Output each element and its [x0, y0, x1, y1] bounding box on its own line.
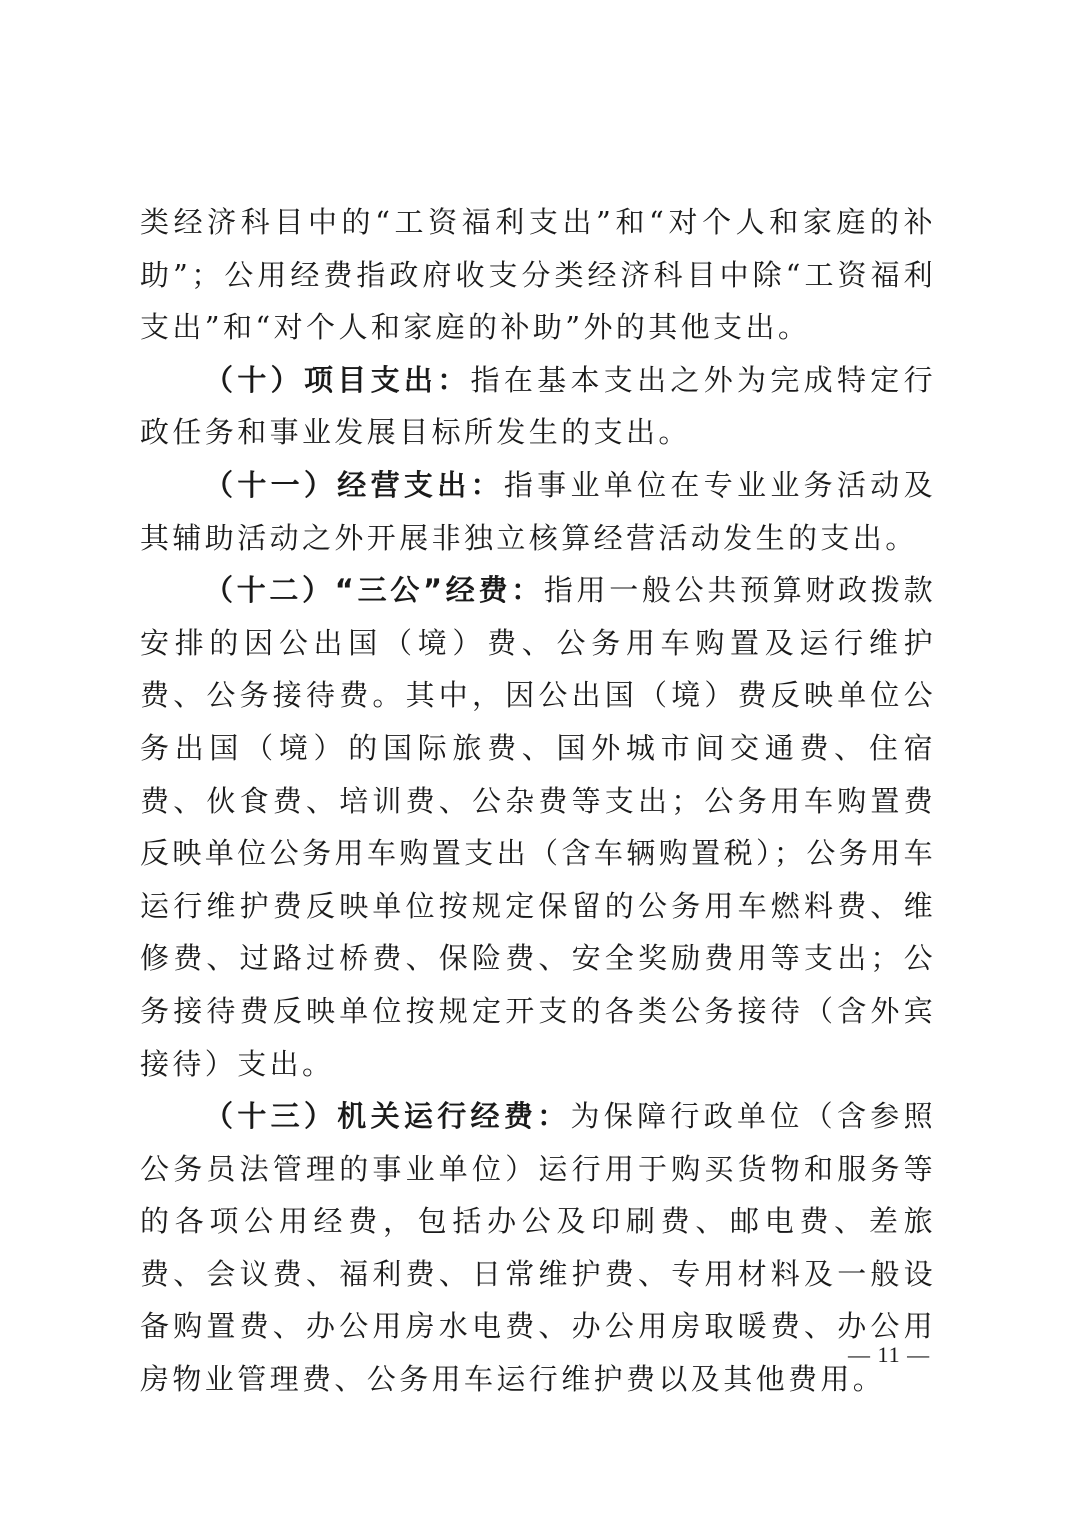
- paragraph-body: 类经济科目中的“工资福利支出”和“对个人和家庭的补助”；公用经费指政府收支分类经…: [140, 205, 936, 344]
- section-heading: （十二）“三公”经费：: [204, 573, 544, 607]
- paragraph-agency-operating-funds: （十三）机关运行经费：为保障行政单位（含参照公务员法管理的事业单位）运行用于购买…: [140, 1090, 936, 1406]
- document-page: 类经济科目中的“工资福利支出”和“对个人和家庭的补助”；公用经费指政府收支分类经…: [140, 196, 936, 1406]
- paragraph-body: 指用一般公共预算财政拨款安排的因公出国（境）费、公务用车购置及运行维护费、公务接…: [140, 573, 936, 1080]
- paragraph-public-expense-definition: 类经济科目中的“工资福利支出”和“对个人和家庭的补助”；公用经费指政府收支分类经…: [140, 196, 936, 354]
- page-number: — 11 —: [848, 1342, 930, 1368]
- paragraph-project-expenditure: （十）项目支出：指在基本支出之外为完成特定行政任务和事业发展目标所发生的支出。: [140, 354, 936, 459]
- paragraph-operating-expenditure: （十一）经营支出：指事业单位在专业业务活动及其辅助活动之外开展非独立核算经营活动…: [140, 459, 936, 564]
- paragraph-body: 为保障行政单位（含参照公务员法管理的事业单位）运行用于购买货物和服务等的各项公用…: [140, 1099, 936, 1396]
- section-heading: （十三）机关运行经费：: [204, 1099, 570, 1133]
- section-heading: （十一）经营支出：: [204, 468, 504, 502]
- section-heading: （十）项目支出：: [204, 363, 471, 397]
- paragraph-three-public-expenses: （十二）“三公”经费：指用一般公共预算财政拨款安排的因公出国（境）费、公务用车购…: [140, 564, 936, 1090]
